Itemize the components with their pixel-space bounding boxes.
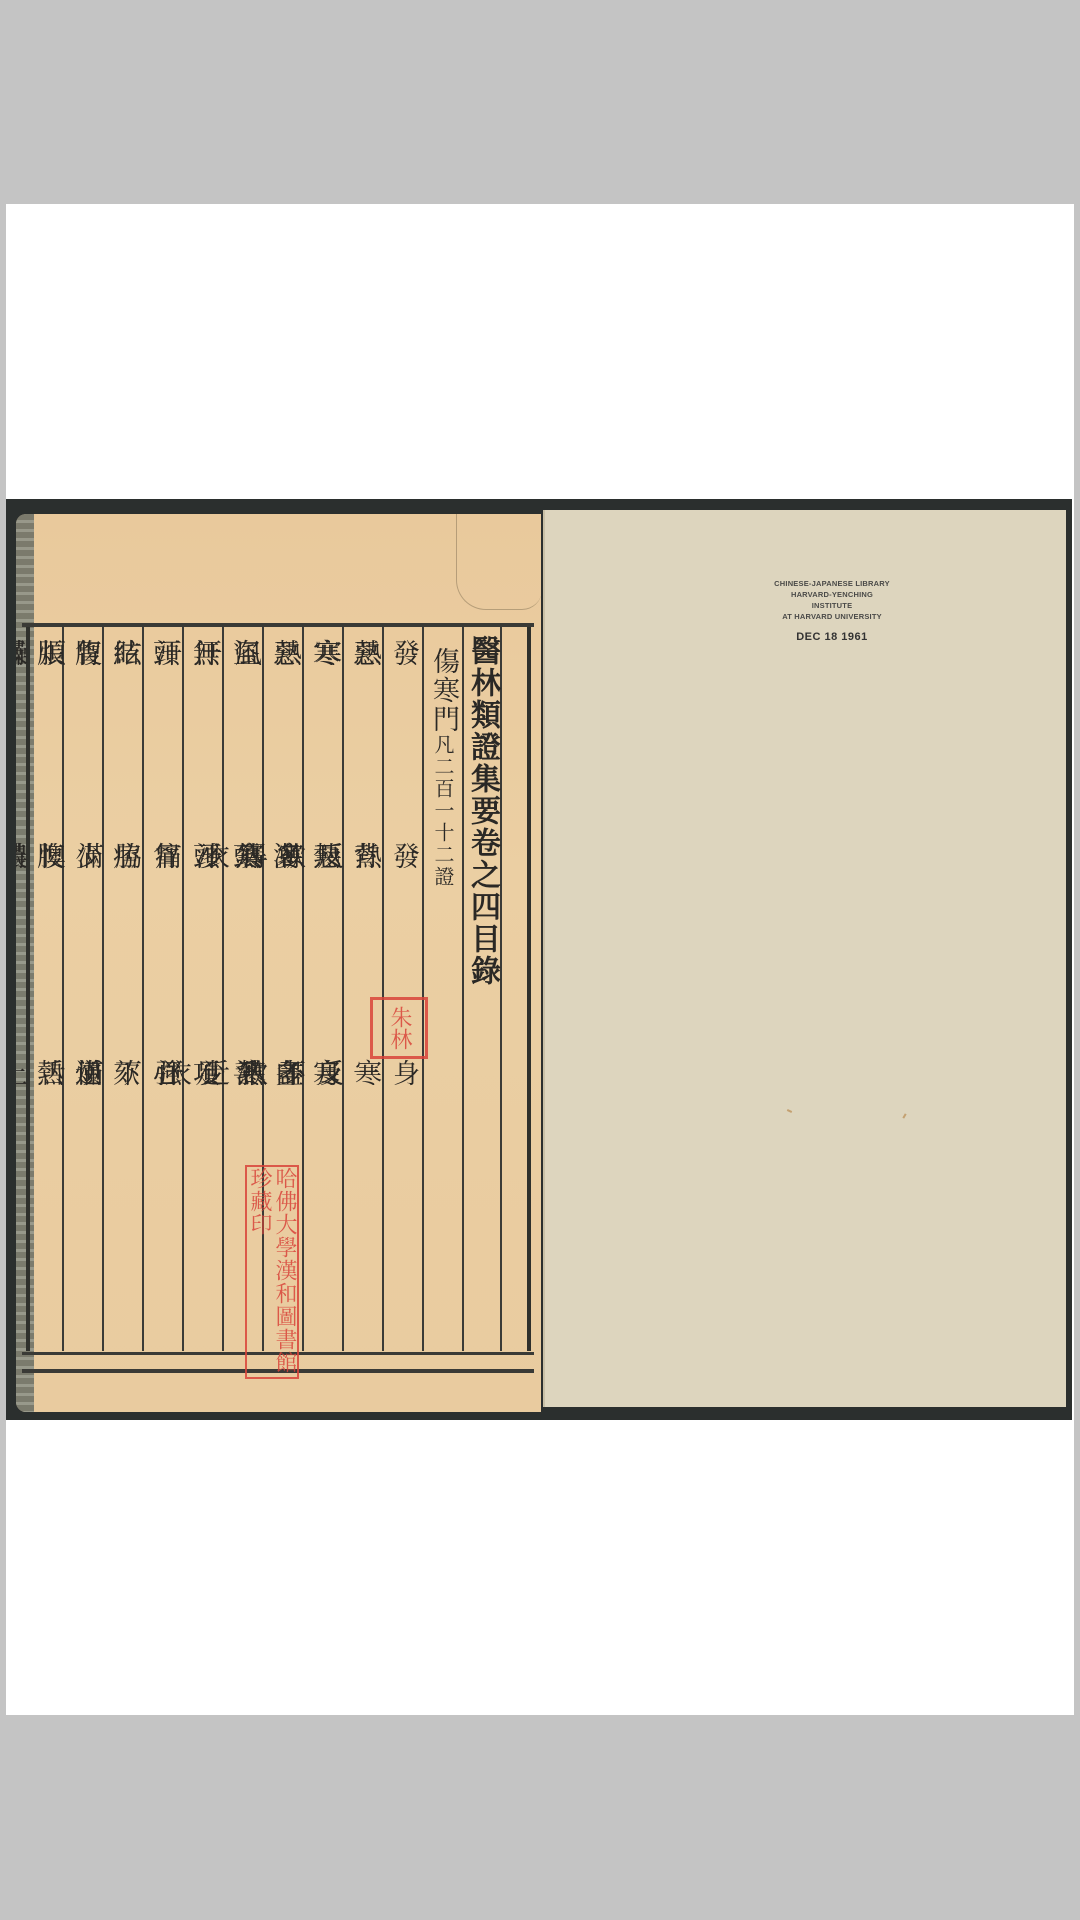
column-rule [182,627,184,1351]
stamp-date: DEC 18 1961 [792,631,872,643]
page-damage-corner [456,514,541,610]
column-rule [222,627,224,1351]
section-note: 凡二百一十二證 [431,734,455,888]
column-rule [527,627,531,1351]
paper-fleck [787,1109,792,1113]
owner-seal: 朱林 [370,997,428,1059]
paper-fleck [902,1113,906,1118]
toc-entry: 痞 [104,842,142,871]
column-rule [62,627,64,1351]
stamp-line-1: CHINESE-JAPANESE LIBRARY [772,578,892,589]
printed-frame: 醫林類證集要卷之四目錄 傷寒門凡二百一十二證 發熱 發熱反欲得衣 身寒反不欲近衣… [22,623,534,1373]
column-rule [102,627,104,1351]
stamp-line-3: AT HARVARD UNIVERSITY [772,611,892,622]
column-rule [302,627,304,1351]
column-rule [26,627,30,1351]
toc-title: 醫林類證集要卷之四目錄 [463,635,501,987]
toc-entry: 舌上胎 [16,1059,68,1088]
library-accession-stamp: CHINESE-JAPANESE LIBRARY HARVARD-YENCHIN… [772,578,892,622]
section-heading: 傷寒門凡二百一十二證 [424,647,462,888]
left-page: 醫林類證集要卷之四目錄 傷寒門凡二百一十二證 發熱 發熱反欲得衣 身寒反不欲近衣… [16,514,541,1412]
column-rule [342,627,344,1351]
stamp-line-2: HARVARD-YENCHING INSTITUTE [772,589,892,611]
toc-entry: 懊憹 [16,842,68,871]
section-name: 傷寒門 [428,647,459,734]
column-rule [142,627,144,1351]
column-rule [382,627,384,1351]
right-page [543,510,1066,1407]
harvard-library-seal: 哈佛大學漢和圖書館珍藏印 [245,1165,299,1379]
toc-entry: 煩躁 [16,639,68,668]
